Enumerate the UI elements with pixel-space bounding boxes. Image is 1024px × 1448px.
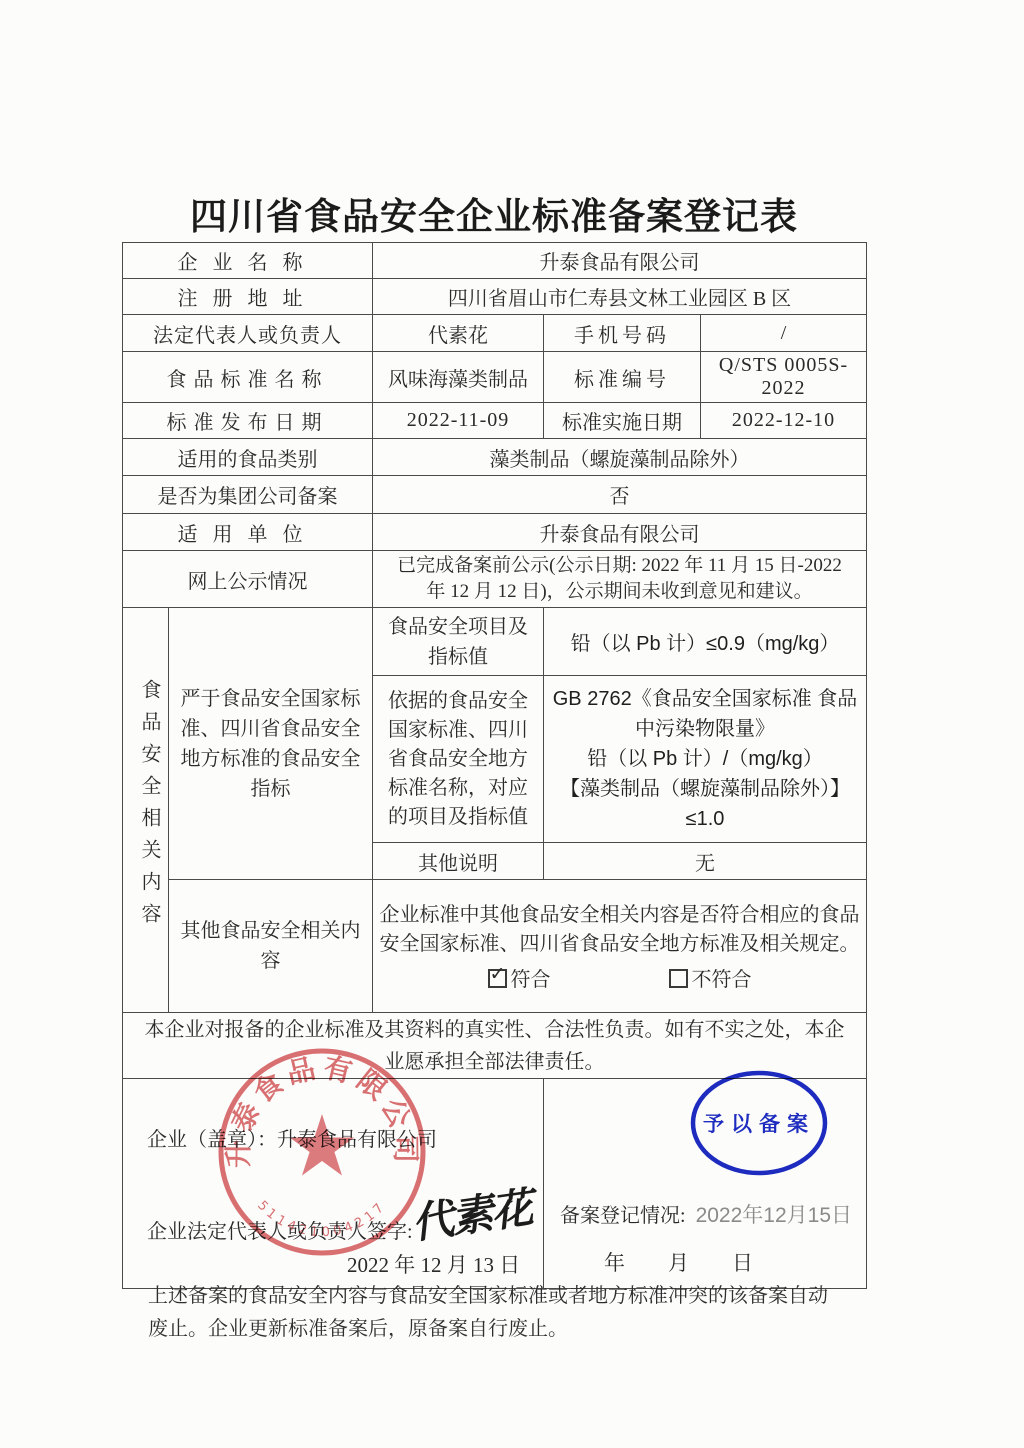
applicable-unit-value: 升泰食品有限公司 — [373, 514, 867, 551]
row-group-filing: 是否为集团公司备案 否 — [123, 476, 867, 514]
row-other-content: 其他食品安全相关内容 企业标准中其他食品安全相关内容是否符合相应的食品 安全国家… — [123, 880, 867, 1013]
footer-note: 上述备案的食品安全内容与食品安全国家标准或者地方标准冲突的该备案自动 废止。企业… — [148, 1280, 888, 1346]
stricter-indicator-label: 严于食品安全国家标准、四川省食品安全地方标准的食品安全指标 — [169, 608, 373, 880]
legal-rep-value: 代素花 — [373, 315, 544, 352]
safety-item-value: 铅（以 Pb 计）≤0.9（mg/kg） — [544, 608, 867, 676]
applicable-unit-label: 适用单位 — [123, 514, 373, 551]
other-note-value: 无 — [544, 843, 867, 880]
publish-date-label: 标准发布日期 — [123, 403, 373, 439]
other-note-label: 其他说明 — [373, 843, 544, 880]
safety-section-vertical-cell: 食品安全相关内容 — [123, 608, 169, 1013]
address-value: 四川省眉山市仁寿县文林工业园区 B 区 — [373, 279, 867, 315]
page-title: 四川省食品安全企业标准备案登记表 — [122, 186, 866, 240]
compliance-options: 符合不符合 — [379, 963, 860, 992]
row-legal-rep: 法定代表人或负责人 代素花 手机号码 / — [123, 315, 867, 352]
row-publicity: 网上公示情况 已完成备案前公示(公示日期: 2022 年 11 月 15 日-2… — [123, 551, 867, 608]
option-yes-label: 符合 — [511, 969, 551, 991]
basis-line-4: 【藻类制品（螺旋藻制品除外）】 — [550, 774, 860, 804]
publicity-label: 网上公示情况 — [123, 551, 373, 608]
group-filing-value: 否 — [373, 476, 867, 514]
legal-rep-label: 法定代表人或负责人 — [123, 315, 373, 352]
ymd-day: 日 — [732, 1247, 753, 1277]
basis-line-1: GB 2762《食品安全国家标准 食品 — [550, 684, 860, 714]
standard-name-label: 食品标准名称 — [123, 352, 373, 403]
row-company-name: 企业名称 升泰食品有限公司 — [123, 243, 867, 279]
other-content-line1: 企业标准中其他食品安全相关内容是否符合相应的食品 — [379, 901, 860, 930]
standard-name-value: 风味海藻类制品 — [373, 352, 544, 403]
seal-star-icon — [290, 1114, 355, 1176]
ymd-row: 年 月 日 — [544, 1247, 866, 1277]
option-no-label: 不符合 — [692, 969, 752, 991]
document-page: 四川省食品安全企业标准备案登记表 企业名称 升泰食品有限公司 注册地址 四川省眉… — [0, 0, 1024, 1448]
standard-no-label: 标准编号 — [544, 352, 701, 403]
phone-label: 手机号码 — [544, 315, 701, 352]
other-content-line2: 安全国家标准、四川省食品安全地方标准及相关规定。 — [379, 930, 860, 959]
category-value: 藻类制品（螺旋藻制品除外） — [373, 439, 867, 476]
ymd-month: 月 — [668, 1247, 689, 1277]
row-dates: 标准发布日期 2022-11-09 标准实施日期 2022-12-10 — [123, 403, 867, 439]
record-line: 备案登记情况:2022年12月15日 — [560, 1199, 852, 1229]
approval-stamp-text: 予以备案 — [703, 1112, 815, 1136]
phone-value: / — [701, 315, 867, 352]
company-seal-stamp: 升泰食品有限公司 511421004217 — [205, 1030, 439, 1274]
company-name-value: 升泰食品有限公司 — [373, 243, 867, 279]
publicity-line2: 年 12 月 12 日)，公示期间未收到意见和建议。 — [379, 579, 860, 605]
row-applicable-unit: 适用单位 升泰食品有限公司 — [123, 514, 867, 551]
row-category: 适用的食品类别 藻类制品（螺旋藻制品除外） — [123, 439, 867, 476]
basis-line-2: 中污染物限量》 — [550, 714, 860, 744]
basis-line-5: ≤1.0 — [550, 804, 860, 834]
group-filing-label: 是否为集团公司备案 — [123, 476, 373, 514]
standard-no-value: Q/STS 0005S-2022 — [701, 352, 867, 403]
publicity-line1: 已完成备案前公示(公示日期: 2022 年 11 月 15 日-2022 — [379, 553, 860, 579]
other-content-value: 企业标准中其他食品安全相关内容是否符合相应的食品 安全国家标准、四川省食品安全地… — [373, 880, 867, 1013]
publish-date-value: 2022-11-09 — [373, 403, 544, 439]
impl-date-label: 标准实施日期 — [544, 403, 701, 439]
seal-code-arc-text: 511421004217 — [254, 1198, 389, 1240]
footer-line2: 废止。企业更新标准备案后，原备案自行废止。 — [148, 1313, 888, 1346]
impl-date-value: 2022-12-10 — [701, 403, 867, 439]
safety-item-label: 食品安全项目及指标值 — [373, 608, 544, 676]
ymd-year: 年 — [604, 1247, 625, 1277]
basis-standard-label: 依据的食品安全国家标准、四川省食品安全地方标准名称，对应的项目及指标值 — [373, 676, 544, 843]
approval-stamp: 予以备案 — [685, 1066, 833, 1180]
row-standard-name: 食品标准名称 风味海藻类制品 标准编号 Q/STS 0005S-2022 — [123, 352, 867, 403]
row-address: 注册地址 四川省眉山市仁寿县文林工业园区 B 区 — [123, 279, 867, 315]
footer-line1: 上述备案的食品安全内容与食品安全国家标准或者地方标准冲突的该备案自动 — [148, 1280, 888, 1313]
checkbox-checked-icon — [488, 969, 507, 988]
basis-standard-value: GB 2762《食品安全国家标准 食品 中污染物限量》 铅（以 Pb 计）/（m… — [544, 676, 867, 843]
address-label: 注册地址 — [123, 279, 373, 315]
other-content-label: 其他食品安全相关内容 — [169, 880, 373, 1013]
safety-section-vertical-label: 食品安全相关内容 — [129, 679, 169, 935]
category-label: 适用的食品类别 — [123, 439, 373, 476]
record-label: 备案登记情况: — [560, 1205, 686, 1227]
record-date-stamp: 2022年12月15日 — [696, 1204, 852, 1227]
publicity-value: 已完成备案前公示(公示日期: 2022 年 11 月 15 日-2022 年 1… — [373, 551, 867, 608]
row-safety-item: 食品安全相关内容 严于食品安全国家标准、四川省食品安全地方标准的食品安全指标 食… — [123, 608, 867, 676]
company-name-label: 企业名称 — [123, 243, 373, 279]
checkbox-unchecked-icon — [669, 969, 688, 988]
basis-line-3: 铅（以 Pb 计）/（mg/kg） — [550, 744, 860, 774]
